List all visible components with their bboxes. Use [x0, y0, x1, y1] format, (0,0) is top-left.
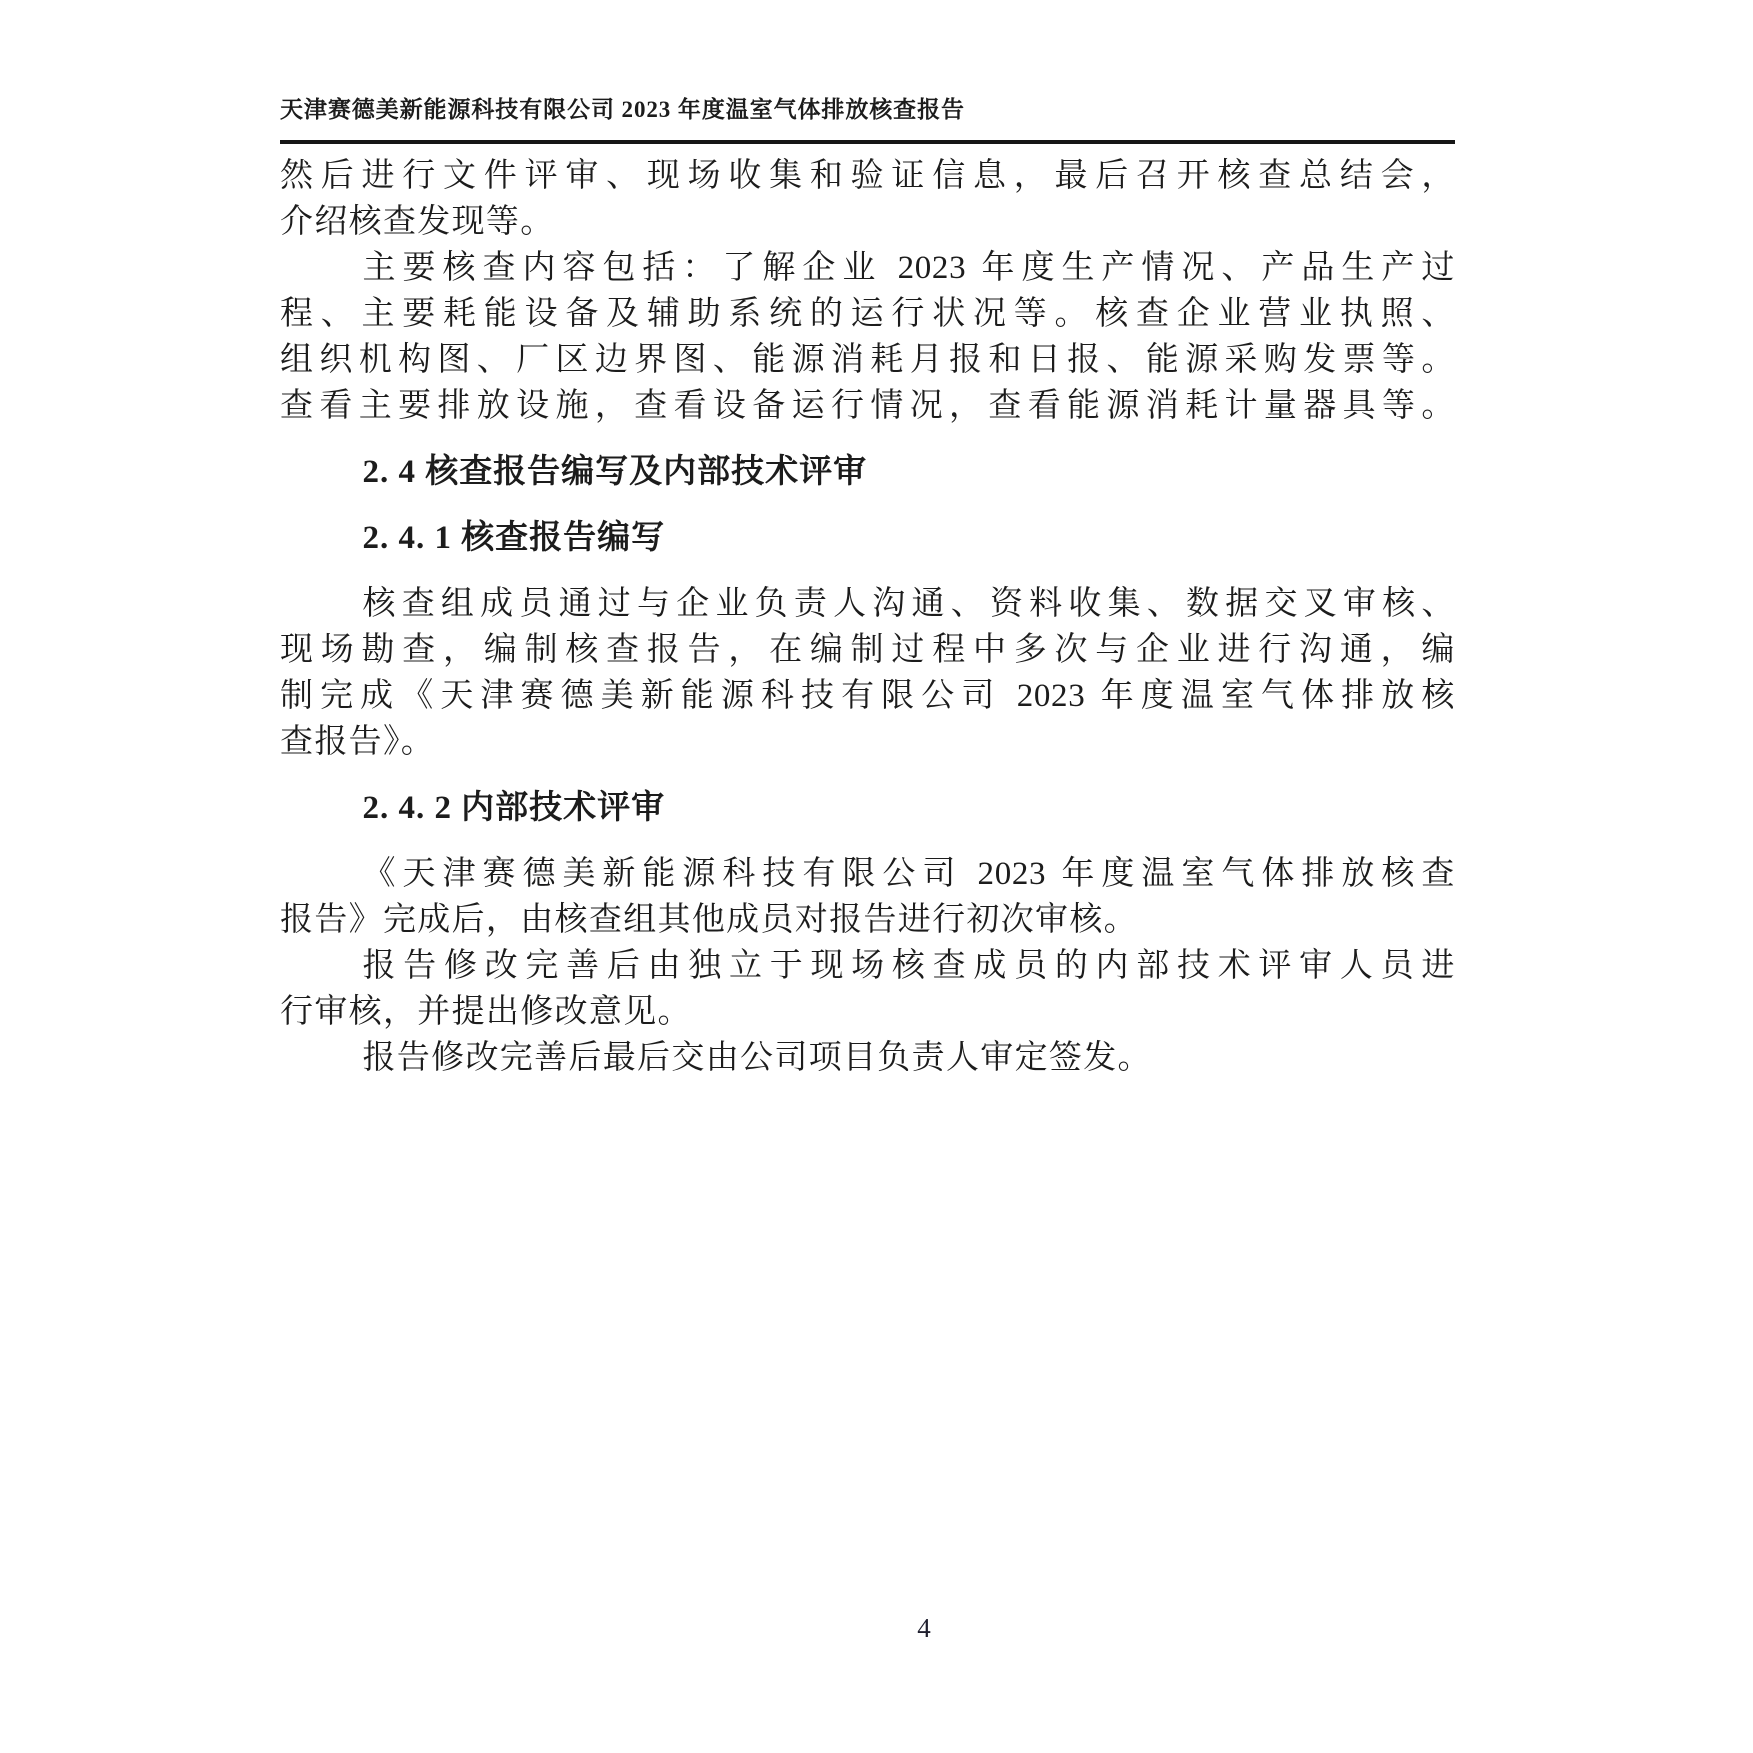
document-page: 天津赛德美新能源科技有限公司 2023 年度温室气体排放核查报告 然后进行文件评…: [0, 0, 1753, 1753]
body-line: 介绍核查发现等。: [280, 199, 1455, 245]
body-line: 行审核，并提出修改意见。: [280, 989, 1455, 1035]
body-line: 核查组成员通过与企业负责人沟通、资料收集、数据交叉审核、: [280, 581, 1455, 627]
body-line: 现场勘查，编制核查报告，在编制过程中多次与企业进行沟通，编: [280, 627, 1455, 673]
section-heading-2-4: 2. 4 核查报告编写及内部技术评审: [280, 449, 1455, 495]
body-line: 然后进行文件评审、现场收集和验证信息，最后召开核查总结会，: [280, 153, 1455, 199]
body-line: 主要核查内容包括：了解企业 2023 年度生产情况、产品生产过: [280, 245, 1455, 291]
document-body: 然后进行文件评审、现场收集和验证信息，最后召开核查总结会， 介绍核查发现等。 主…: [280, 153, 1455, 1081]
page-number: 4: [908, 1612, 940, 1644]
body-line: 《天津赛德美新能源科技有限公司 2023 年度温室气体排放核查: [280, 851, 1455, 897]
body-line: 查报告》。: [280, 719, 1455, 765]
document-content: 天津赛德美新能源科技有限公司 2023 年度温室气体排放核查报告 然后进行文件评…: [280, 92, 1455, 1081]
section-heading-2-4-1: 2. 4. 1 核查报告编写: [280, 515, 1455, 561]
body-line: 报告修改完善后最后交由公司项目负责人审定签发。: [280, 1035, 1455, 1081]
body-line: 查看主要排放设施，查看设备运行情况，查看能源消耗计量器具等。: [280, 383, 1455, 429]
body-line: 制完成《天津赛德美新能源科技有限公司 2023 年度温室气体排放核: [280, 673, 1455, 719]
body-line: 程、主要耗能设备及辅助系统的运行状况等。核查企业营业执照、: [280, 291, 1455, 337]
body-line: 报告修改完善后由独立于现场核查成员的内部技术评审人员进: [280, 943, 1455, 989]
page-header-title: 天津赛德美新能源科技有限公司 2023 年度温室气体排放核查报告: [280, 92, 1455, 144]
body-line: 组织机构图、厂区边界图、能源消耗月报和日报、能源采购发票等。: [280, 337, 1455, 383]
body-line: 报告》完成后，由核查组其他成员对报告进行初次审核。: [280, 897, 1455, 943]
section-heading-2-4-2: 2. 4. 2 内部技术评审: [280, 785, 1455, 831]
